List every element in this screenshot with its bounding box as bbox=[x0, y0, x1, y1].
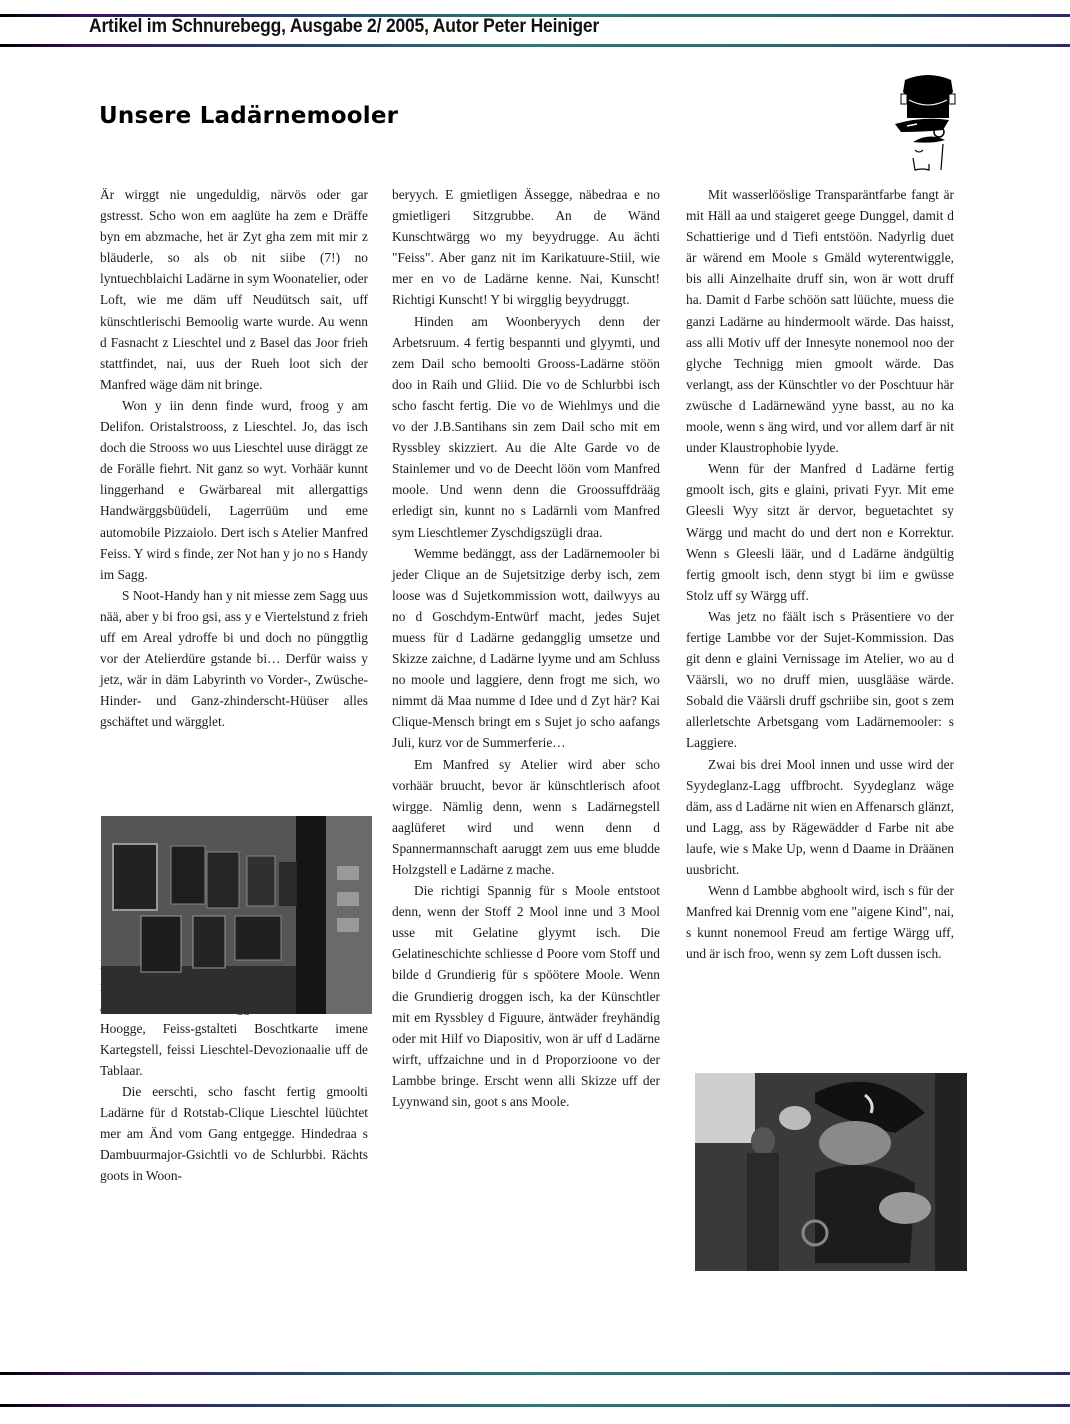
lantern-photo-graphic bbox=[695, 1073, 967, 1271]
paragraph: Hinden am Woonberyych denn der Arbetsruu… bbox=[392, 311, 660, 543]
paragraph: Won y iin denn finde wurd, froog y am De… bbox=[100, 395, 368, 585]
gallery-photo-graphic bbox=[101, 816, 372, 1014]
paragraph: Die richtigi Spannig für s Moole entstoo… bbox=[392, 880, 660, 1112]
paragraph: Zwai bis drei Mool innen und usse wird d… bbox=[686, 754, 954, 881]
artist-with-lantern-photo bbox=[695, 1073, 967, 1271]
paragraph: Wenn für der Manfred d Ladärne fertig gm… bbox=[686, 458, 954, 606]
atelier-gallery-photo bbox=[101, 816, 372, 1014]
paragraph: Wenn d Lambbe abghoolt wird, isch s für … bbox=[686, 880, 954, 964]
footer-top-rule bbox=[0, 1372, 1070, 1375]
paragraph: S Noot-Handy han y nit miesse zem Sagg u… bbox=[100, 585, 368, 733]
paragraph: Was jetz no fäält isch s Präsentiere vo … bbox=[686, 606, 954, 754]
article-column-1: Är wirggt nie ungeduldig, närvös oder ga… bbox=[100, 184, 368, 1186]
article-column-3: Mit wasserlööslige Transparäntfarbe fang… bbox=[686, 184, 954, 964]
paragraph: beryych. E gmietligen Ässegge, näbedraa … bbox=[392, 184, 660, 311]
tambourmajor-caricature-icon bbox=[893, 70, 963, 175]
paragraph: Die eerschti, scho fascht fertig gmoolti… bbox=[100, 1081, 368, 1186]
article-source-header: Artikel im Schnurebegg, Ausgabe 2/ 2005,… bbox=[89, 16, 599, 38]
article-column-2: beryych. E gmietligen Ässegge, näbedraa … bbox=[392, 184, 660, 1112]
paragraph: Mit wasserlööslige Transparäntfarbe fang… bbox=[686, 184, 954, 458]
article-title: Unsere Ladärnemooler bbox=[99, 103, 398, 129]
paragraph: Em Manfred sy Atelier wird aber scho vor… bbox=[392, 754, 660, 881]
paragraph: Är wirggt nie ungeduldig, närvös oder ga… bbox=[100, 184, 368, 395]
paragraph: Wemme bedänggt, ass der Ladärnemooler bi… bbox=[392, 543, 660, 754]
footer-bottom-rule bbox=[0, 1404, 1070, 1407]
header-bottom-rule bbox=[0, 44, 1070, 47]
